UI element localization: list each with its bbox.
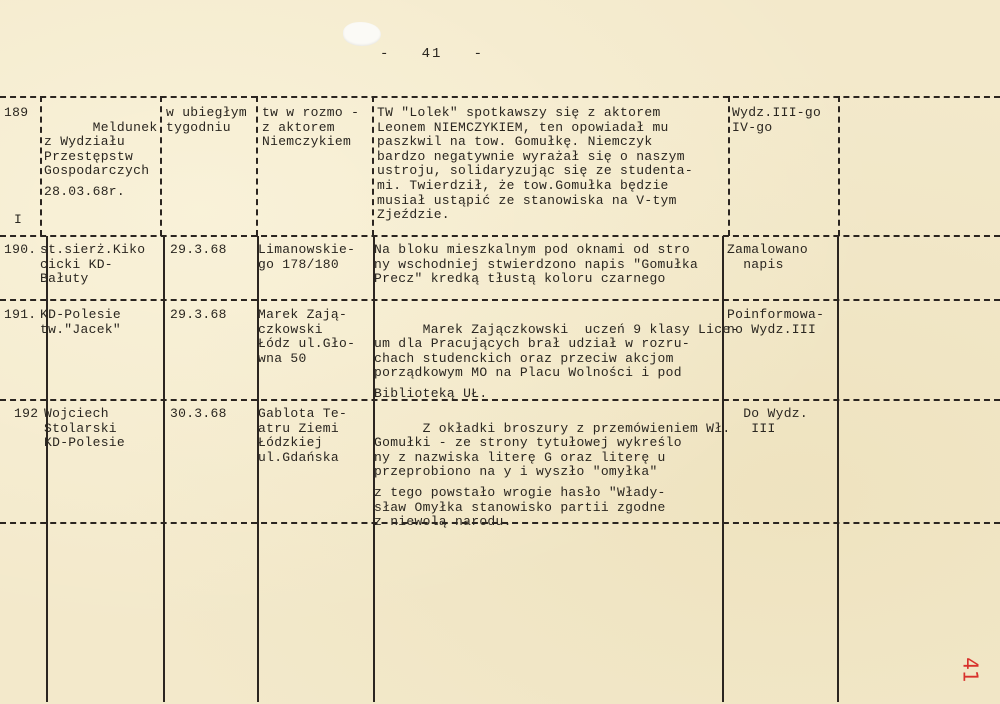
page-number: - 41 - — [380, 46, 500, 62]
content-tail: z tego powstało wrogie hasło "Włady- sła… — [374, 485, 666, 529]
punch-hole — [343, 22, 381, 46]
entry-action: Zamalowano napis — [727, 243, 808, 272]
source-date: 28.03.68r. — [44, 184, 125, 199]
entry-action: Wydz.III-go IV-go — [732, 106, 821, 135]
content-tail: Biblioteką UŁ. — [374, 386, 487, 401]
column-divider — [837, 236, 839, 702]
column-divider — [257, 236, 259, 702]
entry-date: 30.3.68 — [170, 407, 227, 422]
content-text: Z okładki broszury z przemówieniem Wł. G… — [374, 421, 730, 480]
margin-mark: I — [14, 212, 22, 227]
row-divider — [0, 96, 1000, 98]
column-divider — [728, 96, 730, 236]
entry-number: 190. — [4, 243, 36, 258]
row-divider — [0, 299, 1000, 301]
column-divider — [256, 96, 258, 236]
content-text: Marek Zajączkowski uczeń 9 klasy Lice- u… — [374, 322, 739, 381]
row-divider — [0, 235, 1000, 237]
column-divider — [838, 96, 840, 236]
column-divider — [163, 236, 165, 702]
source-text: Meldunek z Wydziału Przestępstw Gospodar… — [44, 120, 157, 179]
entry-number: 189 — [4, 106, 28, 121]
entry-date: 29.3.68 — [170, 308, 227, 323]
entry-place: Gablota Te- atru Ziemi Łódzkiej ul.Gdańs… — [258, 407, 347, 465]
entry-source: Meldunek z Wydziału Przestępstw Gospodar… — [44, 106, 157, 214]
entry-source: Wojciech Stolarski KD-Polesie — [44, 407, 125, 451]
column-divider — [40, 96, 42, 236]
entry-source: KD-Polesie tw."Jacek" — [40, 308, 121, 337]
entry-place: Limanowskie- go 178/180 — [258, 243, 355, 272]
column-divider — [46, 236, 48, 702]
entry-source: st.sierż.Kiko cicki KD- Bałuty — [40, 243, 145, 287]
entry-content: Na bloku mieszkalnym pod oknami od stro … — [374, 243, 698, 287]
entry-date: w ubiegłym tygodniu — [166, 106, 247, 135]
entry-number: 192 — [14, 407, 38, 422]
column-divider — [160, 96, 162, 236]
entry-place: tw w rozmo - z aktorem Niemczykiem — [262, 106, 359, 150]
entry-action: Do Wydz. III — [727, 407, 808, 436]
entry-content: Marek Zajączkowski uczeń 9 klasy Lice- u… — [374, 308, 739, 416]
document-page: - 41 - 189 Meldunek z Wydziału Przestęps… — [0, 0, 1000, 704]
entry-content: TW "Lolek" spotkawszy się z aktorem Leon… — [377, 106, 693, 223]
entry-action: Poinformowa- no Wydz.III — [727, 308, 824, 337]
column-divider — [372, 96, 374, 236]
entry-number: 191. — [4, 308, 36, 323]
entry-place: Marek Zają- czkowski Łódz ul.Gło- wna 50 — [258, 308, 355, 366]
handwritten-folio-number: 41 — [959, 657, 983, 682]
entry-content: Z okładki broszury z przemówieniem Wł. G… — [374, 407, 730, 544]
entry-date: 29.3.68 — [170, 243, 227, 258]
